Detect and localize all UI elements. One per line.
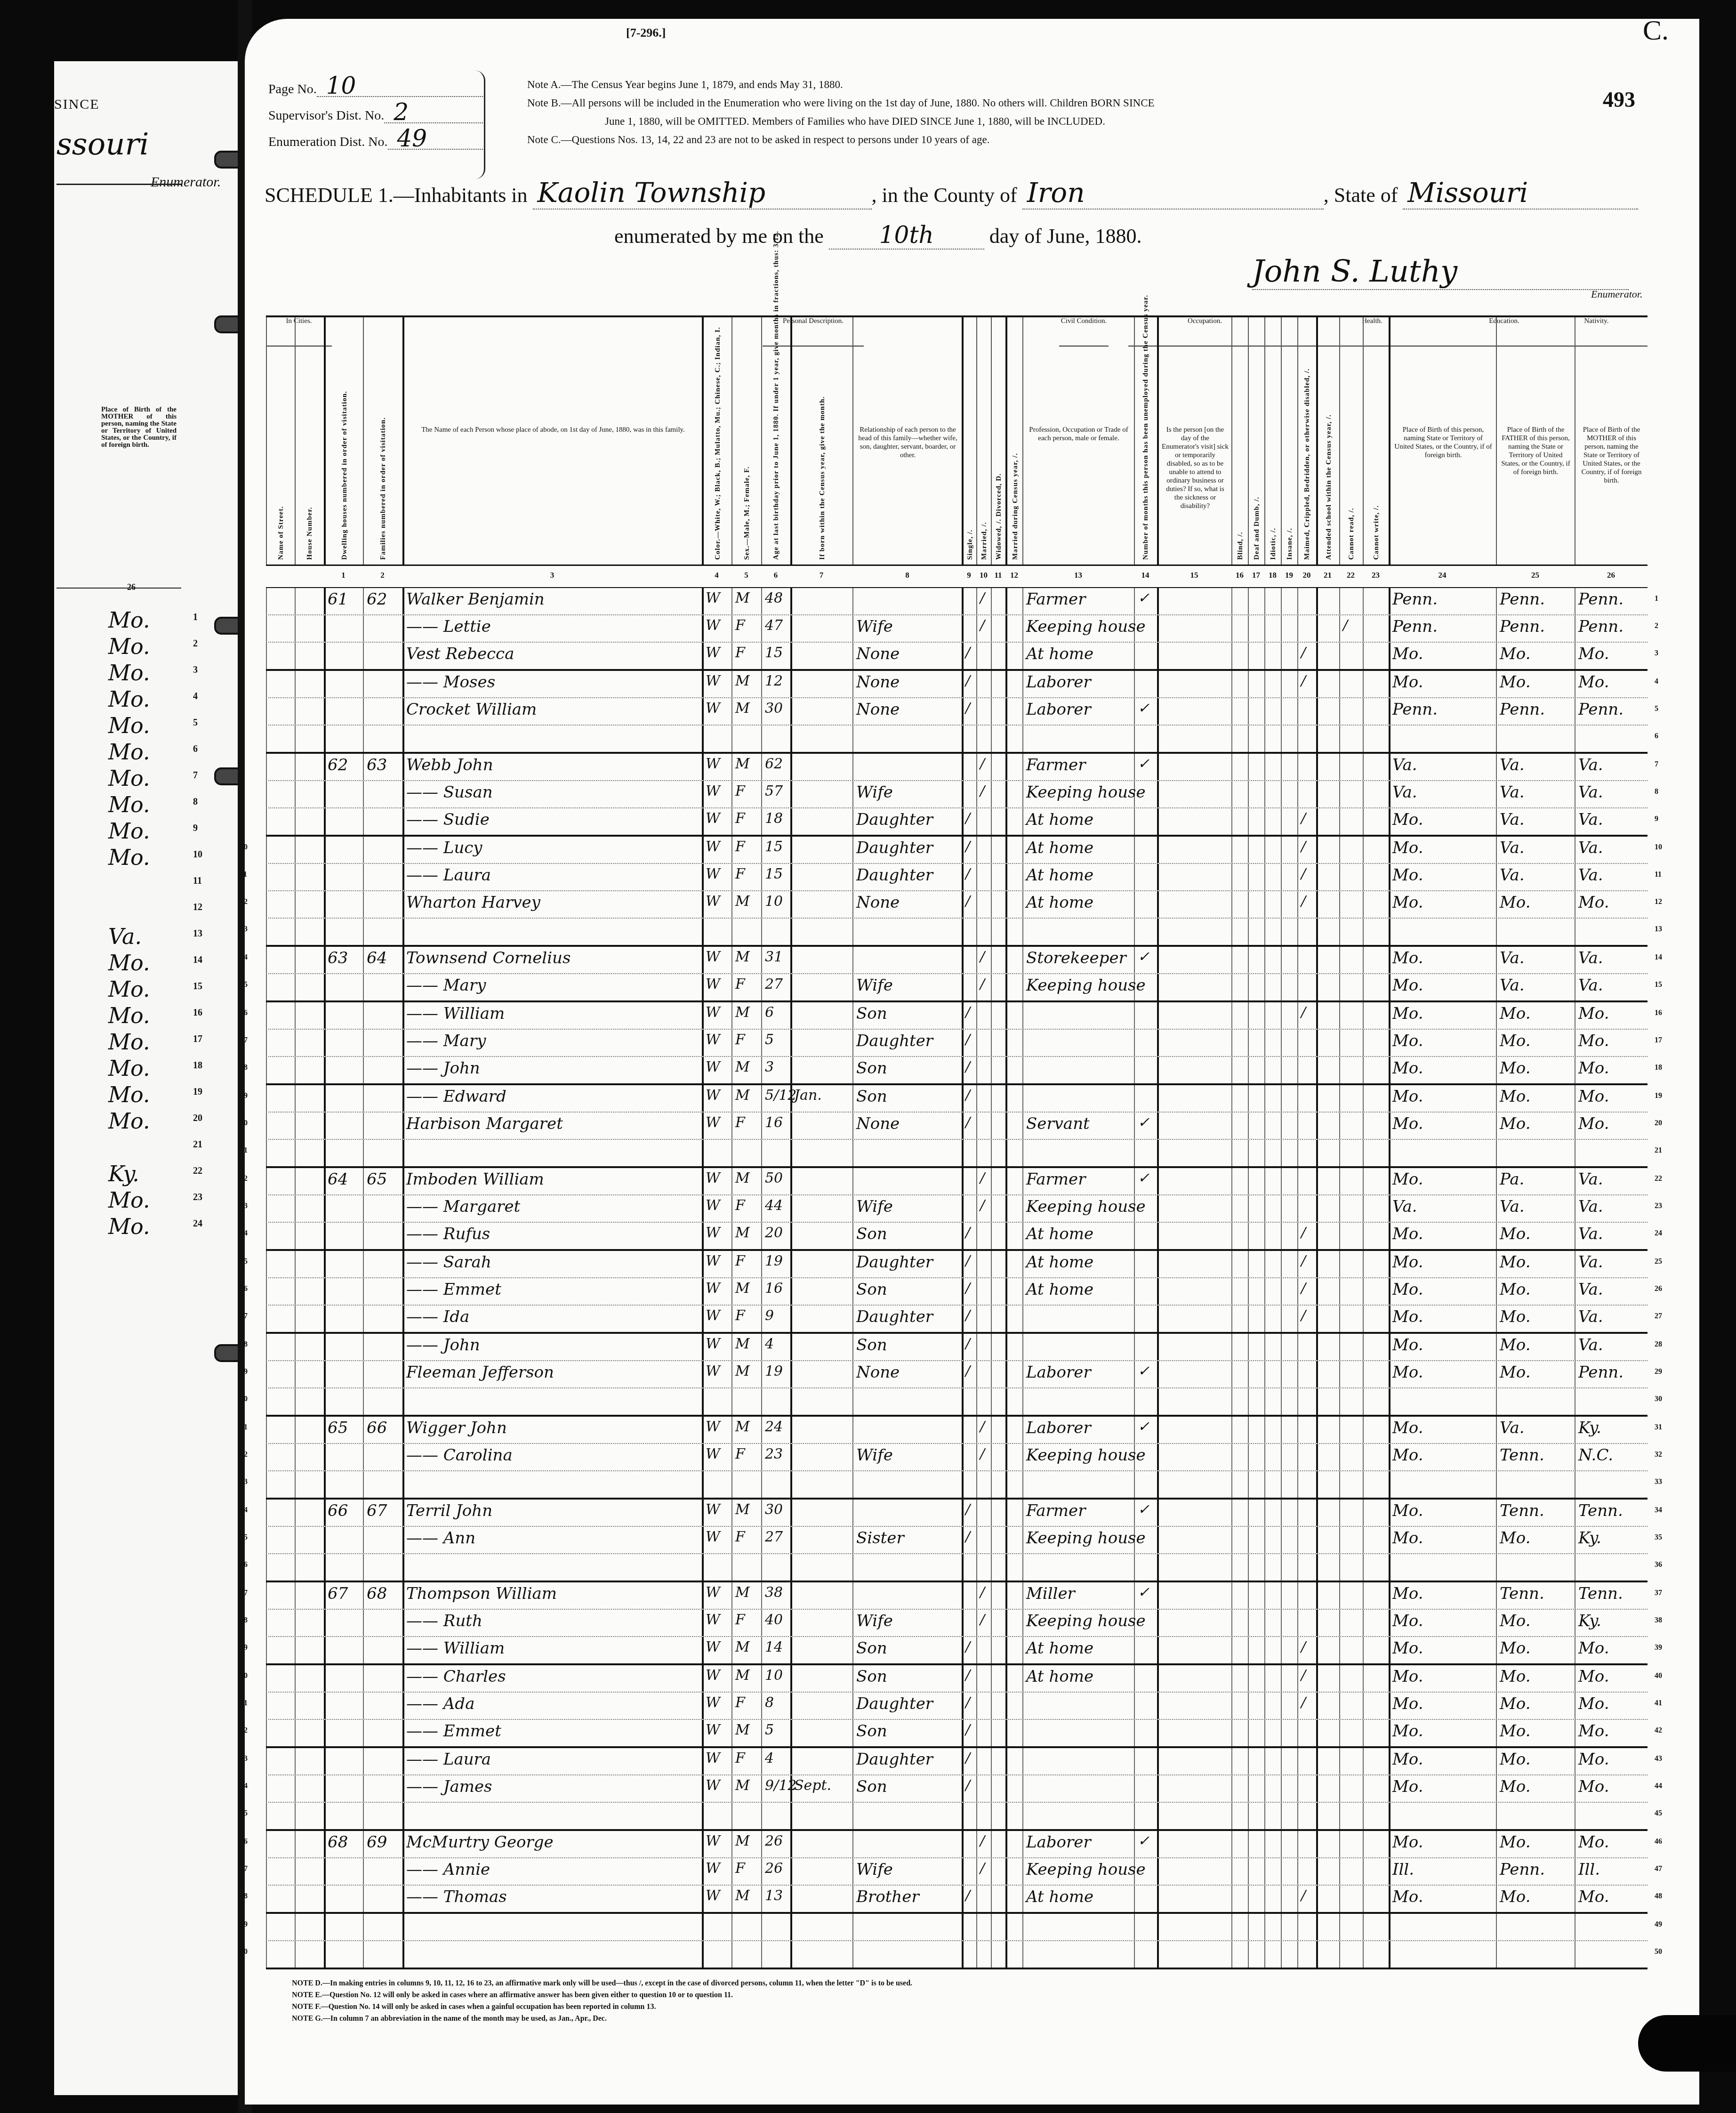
column-divider <box>266 754 267 780</box>
column-divider <box>266 1388 267 1415</box>
column-divider <box>1022 1223 1023 1249</box>
column-divider <box>1316 1720 1318 1746</box>
cell-color: W <box>706 1446 720 1469</box>
line-number-right: 7 <box>1655 760 1658 769</box>
column-header-label: Is the person [on the day of the Enumera… <box>1162 426 1229 510</box>
cell-mother: Va. <box>1578 1307 1603 1331</box>
column-header: Deaf and Dumb, /. <box>1248 317 1264 565</box>
column-divider <box>991 1030 992 1056</box>
column-divider <box>1231 1417 1232 1443</box>
column-divider <box>1248 643 1249 669</box>
cell-sex: M <box>735 1639 750 1662</box>
column-divider <box>1297 947 1298 973</box>
column-divider <box>1005 698 1007 725</box>
column-divider <box>1363 781 1364 807</box>
cell-sex: F <box>735 1529 745 1552</box>
column-divider <box>976 1113 977 1139</box>
column-divider <box>761 1085 762 1112</box>
previous-page-col26-header: Place of Birth of the MOTHER of this per… <box>56 184 181 589</box>
cell-sex: F <box>735 1114 745 1138</box>
cell-sex: F <box>735 976 745 1000</box>
column-divider <box>1496 726 1497 752</box>
cell-name: Fleeman Jefferson <box>406 1363 554 1387</box>
column-divider <box>1264 1582 1265 1609</box>
column-divider <box>295 1665 296 1692</box>
column-divider <box>761 837 762 863</box>
cell-age: 23 <box>765 1446 783 1469</box>
column-divider <box>991 1637 992 1663</box>
previous-page-header-fragment: SINCE <box>54 97 100 113</box>
table-row: 66 <box>266 726 1648 754</box>
cell-birth: Mo. <box>1392 1307 1423 1331</box>
column-divider <box>266 1057 267 1083</box>
column-divider <box>731 1775 732 1802</box>
table-row: 2727—— IdaWF9Daughter//Mo.Mo.Va. <box>266 1306 1648 1334</box>
cell-dwelling: 62 <box>328 756 348 779</box>
line-number-right: 41 <box>1655 1699 1662 1708</box>
column-divider <box>731 947 732 973</box>
column-divider <box>266 643 267 669</box>
column-divider <box>1316 1471 1318 1498</box>
column-divider <box>1496 974 1497 1000</box>
cell-father: Mo. <box>1500 1307 1531 1331</box>
column-divider <box>1363 671 1364 697</box>
column-divider <box>991 1775 992 1802</box>
cell-name: Wigger John <box>406 1419 507 1442</box>
cell-married: / <box>980 1612 985 1635</box>
column-number: 5 <box>731 571 761 580</box>
cell-occupation: Keeping house <box>1026 1860 1146 1884</box>
column-divider <box>324 837 326 863</box>
line-number: 33 <box>240 1478 248 1486</box>
column-divider <box>1297 1306 1298 1332</box>
column-divider <box>702 1637 704 1663</box>
column-divider <box>1297 1002 1298 1029</box>
column-divider <box>295 671 296 697</box>
column-divider <box>1134 698 1135 725</box>
cell-father: Mo. <box>1500 1612 1531 1635</box>
column-divider <box>976 1637 977 1663</box>
column-divider <box>324 808 326 835</box>
column-divider <box>1264 1527 1265 1553</box>
column-divider <box>324 754 326 780</box>
column-divider <box>266 891 267 918</box>
cell-color: W <box>706 1584 720 1608</box>
column-divider <box>731 726 732 752</box>
column-divider <box>991 1748 992 1774</box>
column-divider <box>962 1168 964 1194</box>
cell-relation: Wife <box>856 783 893 806</box>
cell-color: W <box>706 1032 720 1055</box>
column-divider <box>1005 726 1007 752</box>
column-divider <box>1248 588 1249 614</box>
column-divider <box>1157 1223 1159 1249</box>
column-divider <box>324 588 326 614</box>
column-divider <box>1264 1914 1265 1940</box>
column-divider <box>1264 919 1265 945</box>
previous-page-col26-value: Mo. <box>108 713 150 738</box>
column-divider <box>1231 1858 1232 1885</box>
column-divider <box>962 1610 964 1636</box>
column-divider <box>1248 1195 1249 1222</box>
column-divider <box>1297 1195 1298 1222</box>
line-number: 49 <box>240 1920 248 1929</box>
column-divider <box>324 1113 326 1139</box>
column-divider <box>790 1693 792 1719</box>
column-divider <box>1297 974 1298 1000</box>
column-divider <box>363 1831 364 1857</box>
table-row: 37376768Thompson WilliamWM38/Miller✓Mo.T… <box>266 1582 1648 1610</box>
column-divider <box>1022 1941 1023 1968</box>
column-divider <box>761 671 762 697</box>
column-divider <box>1363 919 1364 945</box>
column-divider <box>731 1748 732 1774</box>
cell-school: / <box>1301 866 1306 889</box>
cell-name: —— Laura <box>406 1750 491 1774</box>
column-divider <box>295 1554 296 1581</box>
column-divider <box>1231 864 1232 890</box>
column-divider <box>1297 1610 1298 1636</box>
cell-school: / <box>1301 810 1306 834</box>
cell-mother: Mo. <box>1578 1032 1609 1055</box>
column-divider <box>1005 1278 1007 1305</box>
column-divider <box>324 1471 326 1498</box>
column-divider <box>266 1693 267 1719</box>
column-divider <box>1297 837 1298 863</box>
cell-color: W <box>706 783 720 806</box>
table-row: 116162Walker BenjaminWM48/Farmer✓Penn.Pe… <box>266 588 1648 615</box>
cell-occupation: Laborer <box>1026 1419 1091 1442</box>
table-row: 5050 <box>266 1941 1648 1969</box>
column-header: Married during Census year, /. <box>1005 317 1023 565</box>
column-divider <box>702 837 704 863</box>
cell-mother: Penn. <box>1578 590 1623 613</box>
column-divider <box>1157 1388 1159 1415</box>
column-divider <box>761 919 762 945</box>
column-divider <box>1248 837 1249 863</box>
column-divider <box>702 1527 704 1553</box>
form-code: [7-296.] <box>626 26 666 40</box>
column-divider <box>402 947 404 973</box>
previous-page-line-number: 7 <box>193 770 198 781</box>
column-divider <box>1281 1002 1282 1029</box>
column-divider <box>324 1085 326 1112</box>
previous-page-line-number: 8 <box>193 797 198 807</box>
line-number: 31 <box>240 1423 248 1432</box>
column-divider <box>1389 1057 1390 1083</box>
column-divider <box>1389 837 1390 863</box>
column-divider <box>731 1388 732 1415</box>
line-number: 34 <box>240 1506 248 1515</box>
column-divider <box>1339 1693 1340 1719</box>
column-divider <box>1389 1251 1390 1277</box>
column-divider <box>1134 588 1135 614</box>
column-divider <box>976 1251 977 1277</box>
cell-color: W <box>706 1529 720 1552</box>
previous-page-line-number: 3 <box>193 665 198 676</box>
column-divider <box>363 1306 364 1332</box>
cell-mother: Mo. <box>1578 1887 1609 1911</box>
column-divider <box>1005 1306 1007 1332</box>
township: Kaolin Township <box>533 177 872 210</box>
cell-mother: Mo. <box>1578 1750 1609 1774</box>
table-body: 116162Walker BenjaminWM48/Farmer✓Penn.Pe… <box>266 588 1648 1969</box>
column-divider <box>976 1306 977 1332</box>
column-divider <box>991 1610 992 1636</box>
column-divider <box>1231 1886 1232 1912</box>
column-divider <box>1022 588 1023 614</box>
cell-father: Va. <box>1500 949 1525 972</box>
column-divider <box>1363 1831 1364 1857</box>
column-divider <box>1157 1002 1159 1029</box>
column-divider <box>1297 1030 1298 1056</box>
column-divider <box>266 1527 267 1553</box>
column-divider <box>1316 1223 1318 1249</box>
column-divider <box>790 781 792 807</box>
column-divider <box>1231 1831 1232 1857</box>
cell-single: / <box>965 1253 970 1276</box>
column-divider <box>1389 891 1390 918</box>
cell-single: / <box>965 1639 970 1662</box>
line-number: 21 <box>240 1146 248 1155</box>
column-divider <box>324 781 326 807</box>
column-divider <box>1575 1831 1575 1857</box>
column-divider <box>1231 615 1232 642</box>
column-divider <box>1134 1720 1135 1746</box>
column-divider <box>991 643 992 669</box>
column-divider <box>790 671 792 697</box>
column-divider <box>761 891 762 918</box>
cell-birth: Mo. <box>1392 673 1423 696</box>
table-row: 4242—— EmmetWM5Son/Mo.Mo.Mo. <box>266 1720 1648 1748</box>
census-table: In Cities. Personal Description. Civil C… <box>266 315 1648 1969</box>
column-divider <box>852 974 853 1000</box>
cell-month: Jan. <box>794 1087 822 1111</box>
column-number: 19 <box>1281 571 1297 580</box>
column-divider <box>1389 1002 1390 1029</box>
cell-birth: Mo. <box>1392 1887 1423 1911</box>
column-divider <box>1248 1637 1249 1663</box>
column-header-label: Single, /. <box>966 529 974 560</box>
column-number: 2 <box>363 571 402 580</box>
cell-birth: Mo. <box>1392 1170 1423 1194</box>
column-divider <box>1264 1831 1265 1857</box>
column-divider <box>1281 1610 1282 1636</box>
column-divider <box>324 1002 326 1029</box>
column-divider <box>1496 1693 1497 1719</box>
column-divider <box>1339 1886 1340 1912</box>
column-divider <box>1389 1444 1390 1470</box>
cell-father: Mo. <box>1500 1059 1531 1082</box>
column-divider <box>852 1637 853 1663</box>
cell-mother: Penn. <box>1578 700 1623 724</box>
cell-relation: Daughter <box>856 866 933 889</box>
column-divider <box>1297 1637 1298 1663</box>
column-divider <box>702 781 704 807</box>
column-divider <box>295 1527 296 1553</box>
previous-page-line-number: 13 <box>193 928 202 939</box>
column-divider <box>1157 1251 1159 1277</box>
column-divider <box>1316 974 1318 1000</box>
column-divider <box>1134 1278 1135 1305</box>
column-divider <box>962 1030 964 1056</box>
column-divider <box>962 1914 964 1940</box>
cell-dwelling: 64 <box>328 1170 348 1194</box>
column-divider <box>702 754 704 780</box>
column-divider <box>295 1886 296 1912</box>
column-divider <box>402 1554 404 1581</box>
column-divider <box>1005 1693 1007 1719</box>
column-divider <box>1005 1858 1007 1885</box>
line-number: 35 <box>240 1533 248 1542</box>
column-divider <box>1316 615 1318 642</box>
column-divider <box>1339 1941 1340 1968</box>
table-row: 2323—— MargaretWF44Wife/Keeping houseVa.… <box>266 1195 1648 1223</box>
column-number: 25 <box>1496 571 1575 580</box>
column-divider <box>991 1665 992 1692</box>
column-divider <box>702 1251 704 1277</box>
cell-single: / <box>965 1087 970 1111</box>
column-divider <box>1134 1748 1135 1774</box>
column-header-label: Deaf and Dumb, /. <box>1253 497 1261 560</box>
column-divider <box>761 1500 762 1526</box>
column-divider <box>852 947 853 973</box>
column-divider <box>266 726 267 752</box>
column-divider <box>1022 947 1023 973</box>
column-divider <box>1575 1278 1575 1305</box>
line-number-right: 34 <box>1655 1506 1662 1515</box>
column-divider <box>991 837 992 863</box>
previous-page-col26-value: Ky. <box>108 1161 139 1186</box>
column-header: Families numbered in order of visitation… <box>363 317 402 565</box>
column-divider <box>1363 1665 1364 1692</box>
line-number-right: 9 <box>1655 815 1658 823</box>
column-divider <box>761 974 762 1000</box>
column-divider <box>731 1113 732 1139</box>
column-divider <box>962 1500 964 1526</box>
column-divider <box>1022 1417 1023 1443</box>
column-divider <box>1575 1527 1575 1553</box>
column-divider <box>363 1388 364 1415</box>
column-divider <box>702 1168 704 1194</box>
table-row: 4040—— CharlesWM10Son/At home/Mo.Mo.Mo. <box>266 1665 1648 1693</box>
cell-father: Va. <box>1500 1419 1525 1442</box>
column-divider <box>991 1914 992 1940</box>
cell-occupation: Keeping house <box>1026 617 1146 641</box>
column-divider <box>1157 1085 1159 1112</box>
cell-color: W <box>706 949 720 972</box>
column-divider <box>790 588 792 614</box>
column-divider <box>976 1278 977 1305</box>
column-divider <box>1297 1057 1298 1083</box>
column-divider <box>1363 1527 1364 1553</box>
column-divider <box>324 1803 326 1829</box>
cell-relation: None <box>856 645 900 668</box>
column-divider <box>1134 1914 1135 1940</box>
column-divider <box>1231 1775 1232 1802</box>
cell-occupation: Servant <box>1026 1114 1090 1138</box>
column-divider <box>324 864 326 890</box>
column-divider <box>1363 698 1364 725</box>
column-divider <box>1363 864 1364 890</box>
column-divider <box>731 1914 732 1940</box>
column-divider <box>1134 1085 1135 1112</box>
column-divider <box>1157 1030 1159 1056</box>
note-g: NOTE G.—In column 7 an abbreviation in t… <box>292 2013 912 2024</box>
line-number: 15 <box>240 981 248 989</box>
column-divider <box>1496 1361 1497 1387</box>
column-number: 20 <box>1297 571 1316 580</box>
column-divider <box>363 1775 364 1802</box>
column-header: Dwelling houses numbered in order of vis… <box>324 317 363 565</box>
cell-father: Mo. <box>1500 1529 1531 1552</box>
cell-color: W <box>706 1336 720 1359</box>
column-divider <box>991 1168 992 1194</box>
cell-color: W <box>706 1087 720 1111</box>
column-divider <box>1363 1140 1364 1166</box>
column-divider <box>1134 1113 1135 1139</box>
column-divider <box>1496 588 1497 614</box>
cell-birth: Mo. <box>1392 1087 1423 1111</box>
cell-mother: Va. <box>1578 976 1603 1000</box>
column-divider <box>1575 1610 1575 1636</box>
column-divider <box>976 1030 977 1056</box>
column-divider <box>295 1361 296 1387</box>
cell-father: Mo. <box>1500 1639 1531 1662</box>
cell-name: —— Rufus <box>406 1225 490 1248</box>
column-divider <box>1281 1417 1282 1443</box>
column-divider <box>991 1527 992 1553</box>
column-divider <box>1575 919 1575 945</box>
column-divider <box>402 1306 404 1332</box>
column-divider <box>1264 1168 1265 1194</box>
cell-mother: Va. <box>1578 1225 1603 1248</box>
column-divider <box>761 1582 762 1609</box>
line-number-right: 48 <box>1655 1892 1662 1901</box>
cell-age: 62 <box>765 756 783 779</box>
column-divider <box>731 1471 732 1498</box>
table-row: 99—— SudieWF18Daughter/At home/Mo.Va.Va. <box>266 808 1648 837</box>
column-divider <box>731 837 732 863</box>
column-divider <box>702 1085 704 1112</box>
column-divider <box>852 643 853 669</box>
column-divider <box>1363 1775 1364 1802</box>
column-header: Relationship of each person to the head … <box>852 317 962 565</box>
column-divider <box>1339 1858 1340 1885</box>
column-divider <box>1316 1554 1318 1581</box>
column-divider <box>1231 726 1232 752</box>
cell-father: Penn. <box>1500 617 1545 641</box>
column-divider <box>1363 1278 1364 1305</box>
column-divider <box>1339 947 1340 973</box>
column-divider <box>702 588 704 614</box>
column-divider <box>1157 1831 1159 1857</box>
column-divider <box>1134 1471 1135 1498</box>
cell-relation: Son <box>856 1280 887 1304</box>
column-divider <box>991 864 992 890</box>
cell-family: 67 <box>367 1501 387 1525</box>
column-divider <box>266 1914 267 1940</box>
column-divider <box>1134 1941 1135 1968</box>
column-divider <box>731 1831 732 1857</box>
column-divider <box>1248 919 1249 945</box>
column-divider <box>1281 615 1282 642</box>
cell-sex: M <box>735 1363 750 1387</box>
column-divider <box>1231 947 1232 973</box>
cell-name: Crocket William <box>406 700 537 724</box>
cell-father: Mo. <box>1500 1667 1531 1691</box>
column-divider <box>402 1113 404 1139</box>
